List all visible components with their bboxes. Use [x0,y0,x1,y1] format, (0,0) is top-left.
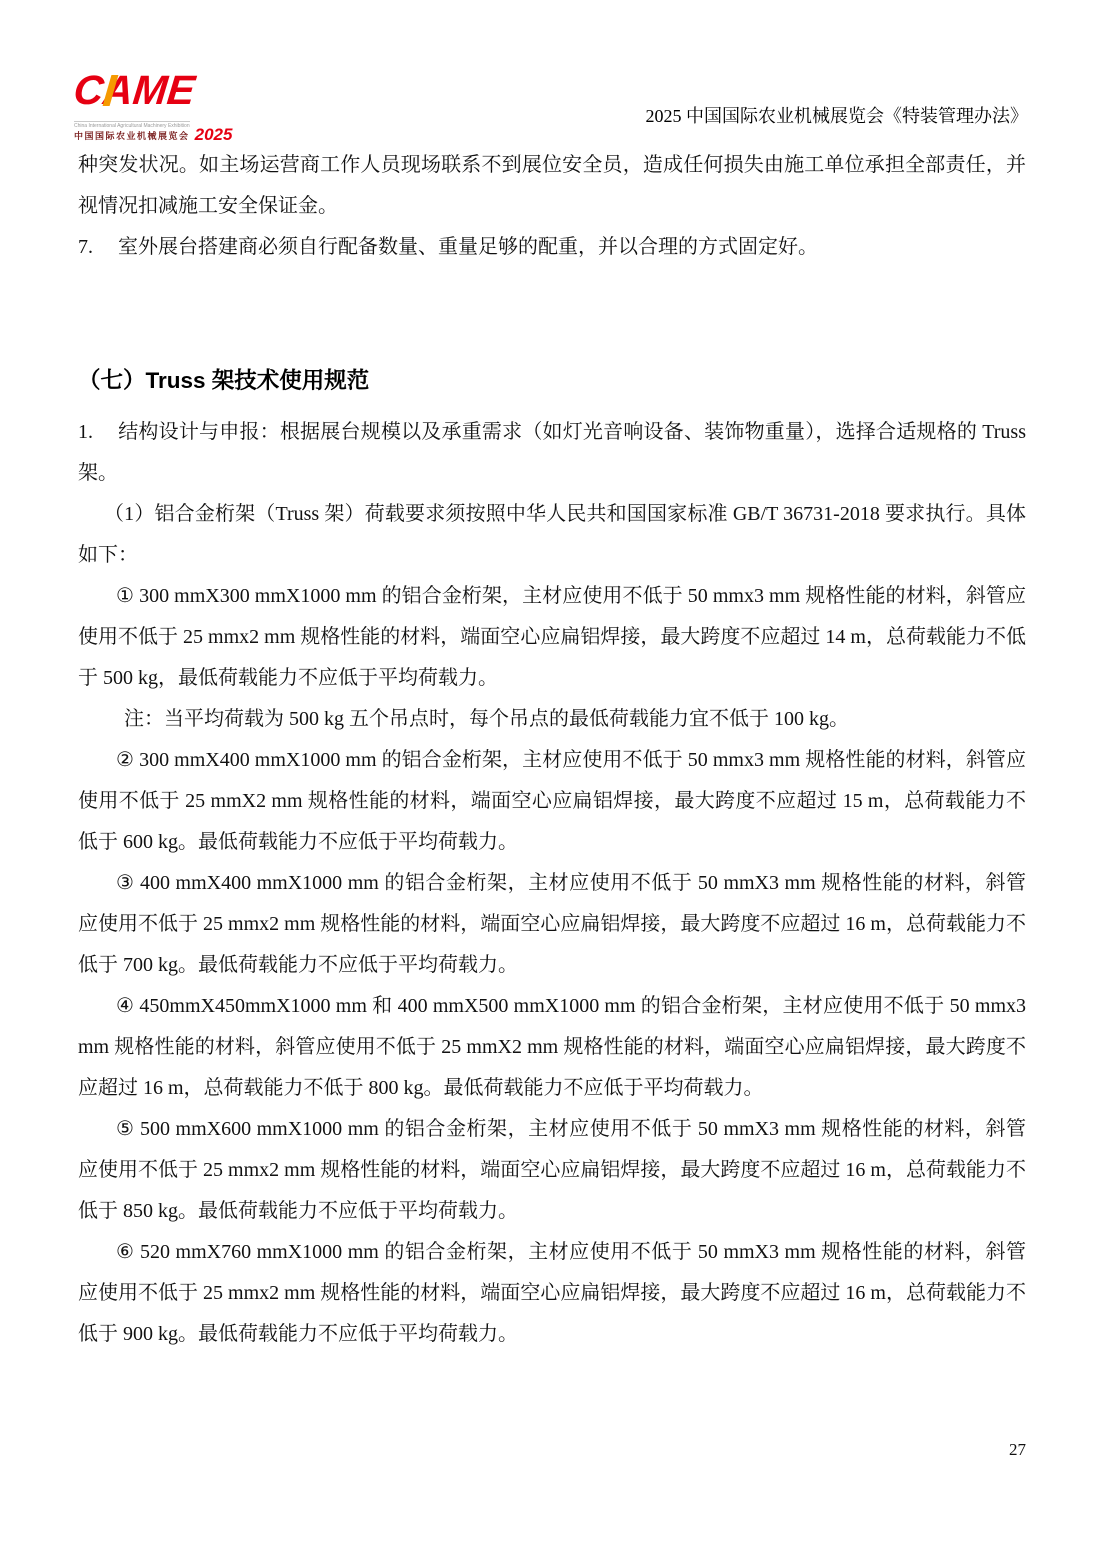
came-logo-acronym: CAME [72,70,197,110]
sub-item-1: （1）铝合金桁架（Truss 架）荷载要求须按照中华人民共和国国家标准 GB/T… [78,494,1026,576]
list-item-1: 1.结构设计与申报：根据展台规模以及承重需求（如灯光音响设备、装饰物重量），选择… [78,412,1026,494]
carryover-paragraph: 种突发状况。如主场运营商工作人员现场联系不到展位安全员，造成任何损失由施工单位承… [78,145,1026,227]
logo-year: 2025 [195,128,233,142]
list-item-7-number: 7. [78,227,118,268]
document-page: CAME China International Agricultural Ma… [0,0,1102,1559]
spec-item-1: ① 300 mmX300 mmX1000 mm 的铝合金桁架，主材应使用不低于 … [78,576,1026,699]
list-item-7-text: 室外展台搭建商必须自行配备数量、重量足够的配重，并以合理的方式固定好。 [118,236,818,258]
list-item-1-number: 1. [78,412,118,453]
list-item-7: 7.室外展台搭建商必须自行配备数量、重量足够的配重，并以合理的方式固定好。 [78,227,1026,268]
came-logo-acronym-wrap: CAME [74,70,195,120]
section-heading: （七）Truss 架技术使用规范 [78,364,1026,398]
note-line: 注：当平均荷载为 500 kg 五个吊点时，每个吊点的最低荷载能力宜不低于 10… [78,699,1026,740]
logo-subtitle-chinese: 中国国际农业机械展览会 [74,129,190,142]
spec-item-3: ③ 400 mmX400 mmX1000 mm 的铝合金桁架，主材应使用不低于 … [78,863,1026,986]
page-number: 27 [1009,1440,1026,1460]
spec-item-6: ⑥ 520 mmX760 mmX1000 mm 的铝合金桁架，主材应使用不低于 … [78,1232,1026,1355]
spec-item-2: ② 300 mmX400 mmX1000 mm 的铝合金桁架，主材应使用不低于 … [78,740,1026,863]
document-header-title: 2025 中国国际农业机械展览会《特装管理办法》 [646,102,1029,128]
spec-item-4: ④ 450mmX450mmX1000 mm 和 400 mmX500 mmX10… [78,986,1026,1109]
document-body: 种突发状况。如主场运营商工作人员现场联系不到展位安全员，造成任何损失由施工单位承… [78,145,1026,1355]
came-logo-subtitle-row: China International Agricultural Machine… [74,121,224,142]
spec-item-5: ⑤ 500 mmX600 mmX1000 mm 的铝合金桁架，主材应使用不低于 … [78,1109,1026,1232]
came-logo: CAME China International Agricultural Ma… [74,70,224,142]
list-item-1-text: 结构设计与申报：根据展台规模以及承重需求（如灯光音响设备、装饰物重量），选择合适… [78,421,1026,484]
came-logo-subtitle-texts: China International Agricultural Machine… [74,121,190,142]
